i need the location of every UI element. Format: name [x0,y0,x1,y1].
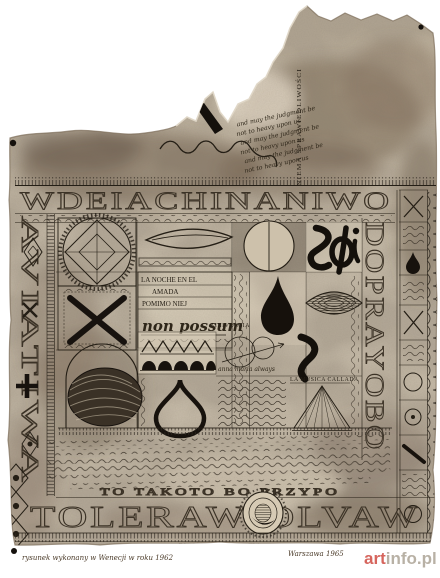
letter-band-right: DOPRAYOBO [360,222,389,452]
la-noche-line1: LA NOCHE EN EL [141,276,197,284]
caption-right: Warszawa 1965 [288,550,344,558]
pin-hole-bottom-left [11,548,17,554]
pin-hole-top-left [10,140,16,146]
watermark-art: art [364,549,386,568]
comb-border-bottom [15,533,435,542]
la-noche-line2: AMADA [152,288,178,296]
la-noche-line3: POMIMO NIEJ [142,300,187,308]
zigzag-cell [138,332,216,374]
comb-border-middle [58,428,392,435]
watermark-domain: info.pl [386,549,437,568]
dense-text-block [218,379,286,426]
artwork-canvas: and may the judgment be not to heavy upo… [0,0,440,578]
vertical-inscription: NIEMA SPRAWIEDLIWOŚCI [295,68,303,186]
artinfo-watermark: artinfo.pl [364,549,437,568]
circle-diamond-medallion [58,215,136,289]
la-musica-text: LA MUSICA CALLADA [290,377,359,383]
caption-left: rysunek wykonany w Wenecji w roku 1962 [22,554,174,562]
black-drop [250,272,306,345]
anna-maria-note: anna maria always [218,366,275,373]
letter-band-top: WDEIACHINANIWO [20,188,392,215]
artwork-photo: and may the judgment be not to heavy upo… [0,0,440,578]
comb-border-top [15,177,435,185]
sphere-motif [233,221,305,272]
letter-band-bottom: TOLERAWIOLVAW [30,499,420,534]
calligraphic-glyphs [306,222,362,272]
letter-band-bottom-small: TO TAKOTO BO PRZYPO [100,488,340,498]
